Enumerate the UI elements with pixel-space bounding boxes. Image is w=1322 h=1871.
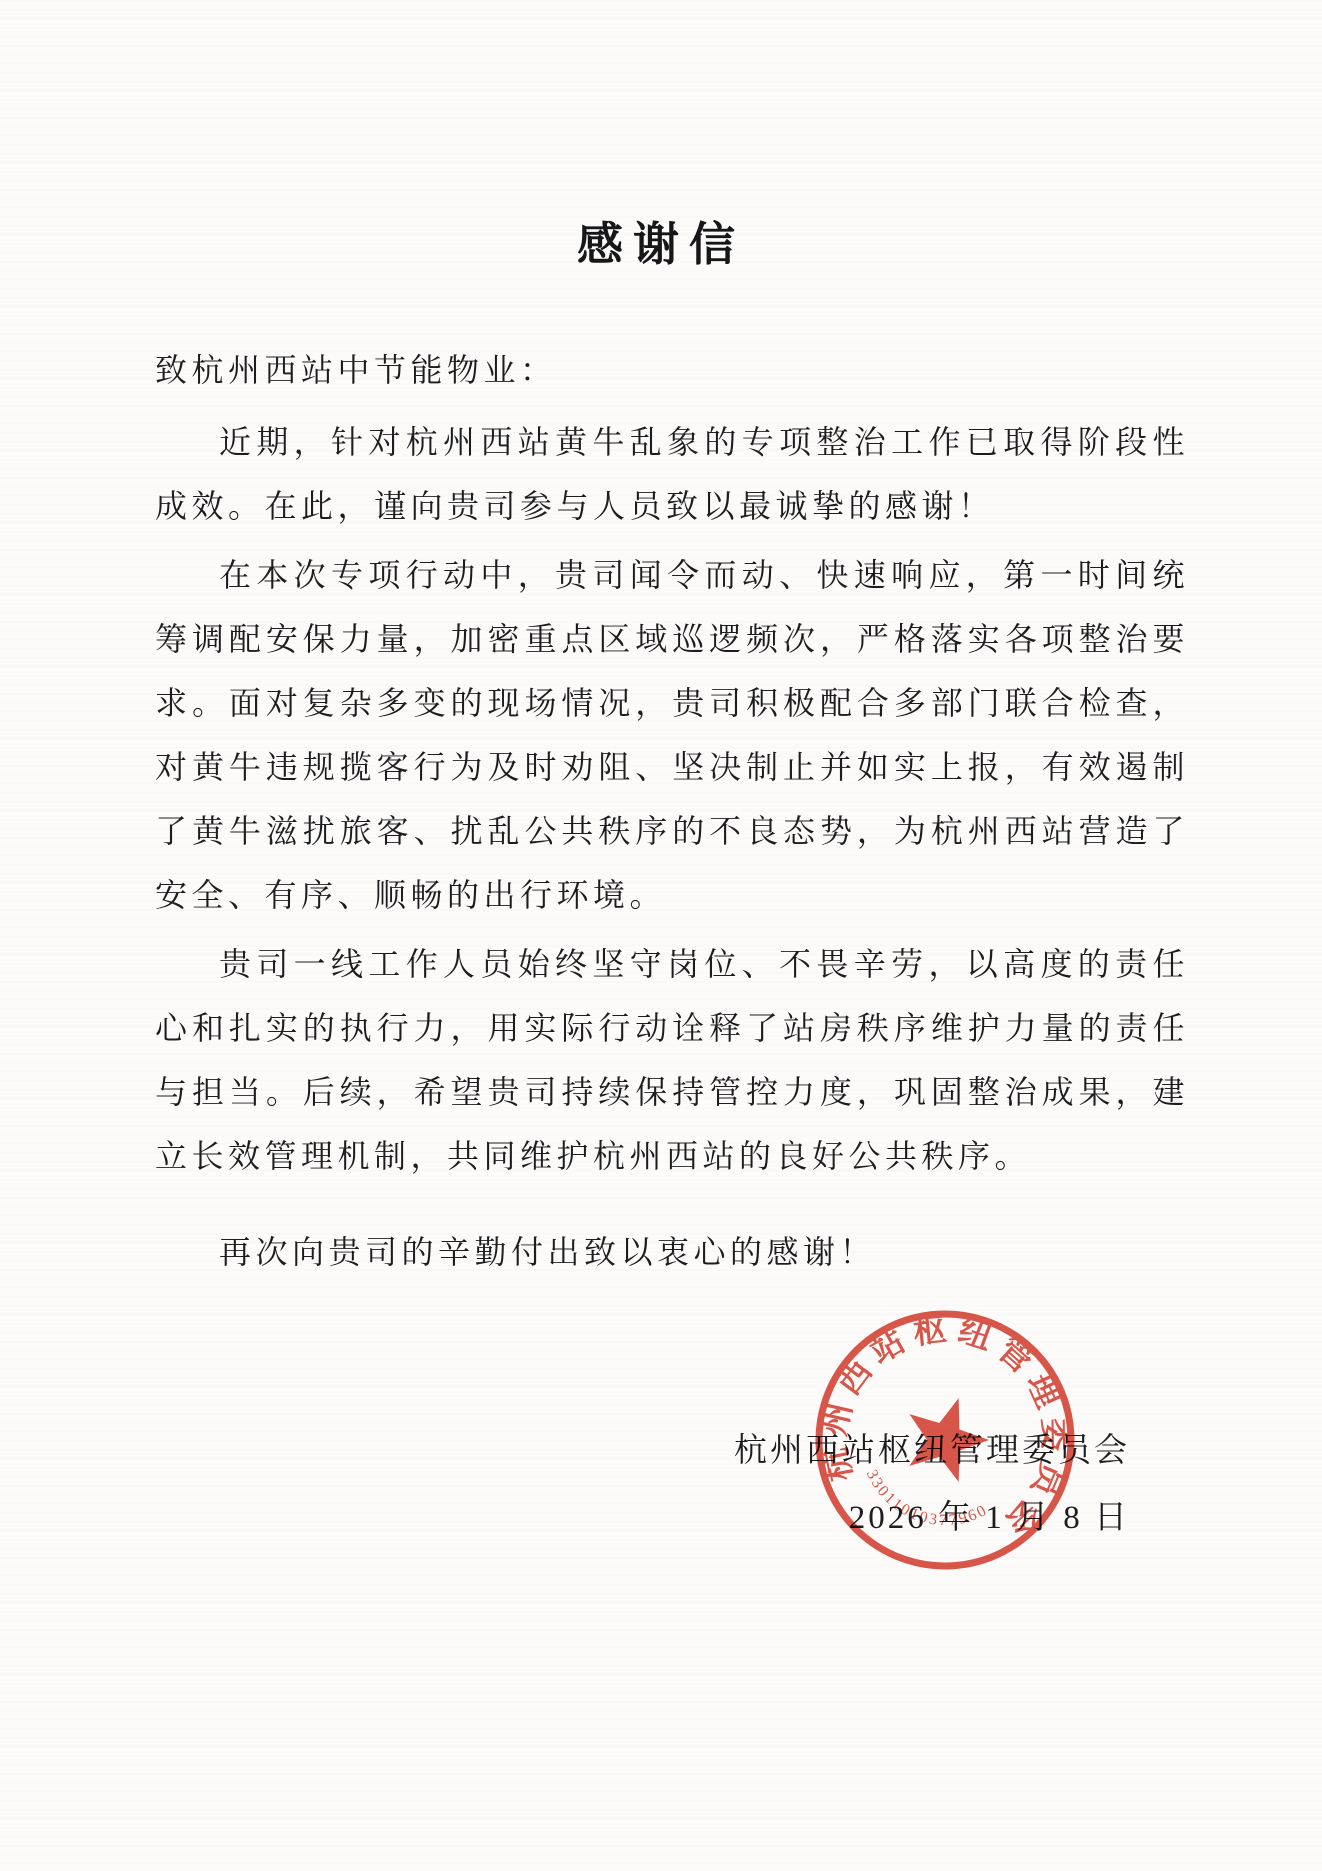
signature-date: 2026 年 1 月 8 日 bbox=[734, 1485, 1130, 1552]
paragraph-closing: 再次向贵司的辛勤付出致以衷心的感谢！ bbox=[155, 1220, 1189, 1284]
signature-block: 杭州西站枢纽管理委员会 2026 年 1 月 8 日 bbox=[734, 1418, 1130, 1552]
paragraph-2: 在本次专项行动中，贵司闻令而动、快速响应，第一时间统筹调配安保力量，加密重点区域… bbox=[155, 543, 1189, 927]
signature-org-name: 杭州西站枢纽管理委员会 bbox=[734, 1418, 1130, 1485]
letter-page: 感谢信 致杭州西站中节能物业： 近期，针对杭州西站黄牛乱象的专项整治工作已取得阶… bbox=[0, 0, 1322, 1871]
letter-body: 致杭州西站中节能物业： 近期，针对杭州西站黄牛乱象的专项整治工作已取得阶段性成效… bbox=[155, 338, 1189, 1289]
paragraph-3: 贵司一线工作人员始终坚守岗位、不畏辛劳，以高度的责任心和扎实的执行力，用实际行动… bbox=[155, 932, 1189, 1188]
letter-title: 感谢信 bbox=[0, 208, 1322, 274]
salutation: 致杭州西站中节能物业： bbox=[155, 338, 1189, 402]
paragraph-1: 近期，针对杭州西站黄牛乱象的专项整治工作已取得阶段性成效。在此，谨向贵司参与人员… bbox=[155, 410, 1189, 538]
